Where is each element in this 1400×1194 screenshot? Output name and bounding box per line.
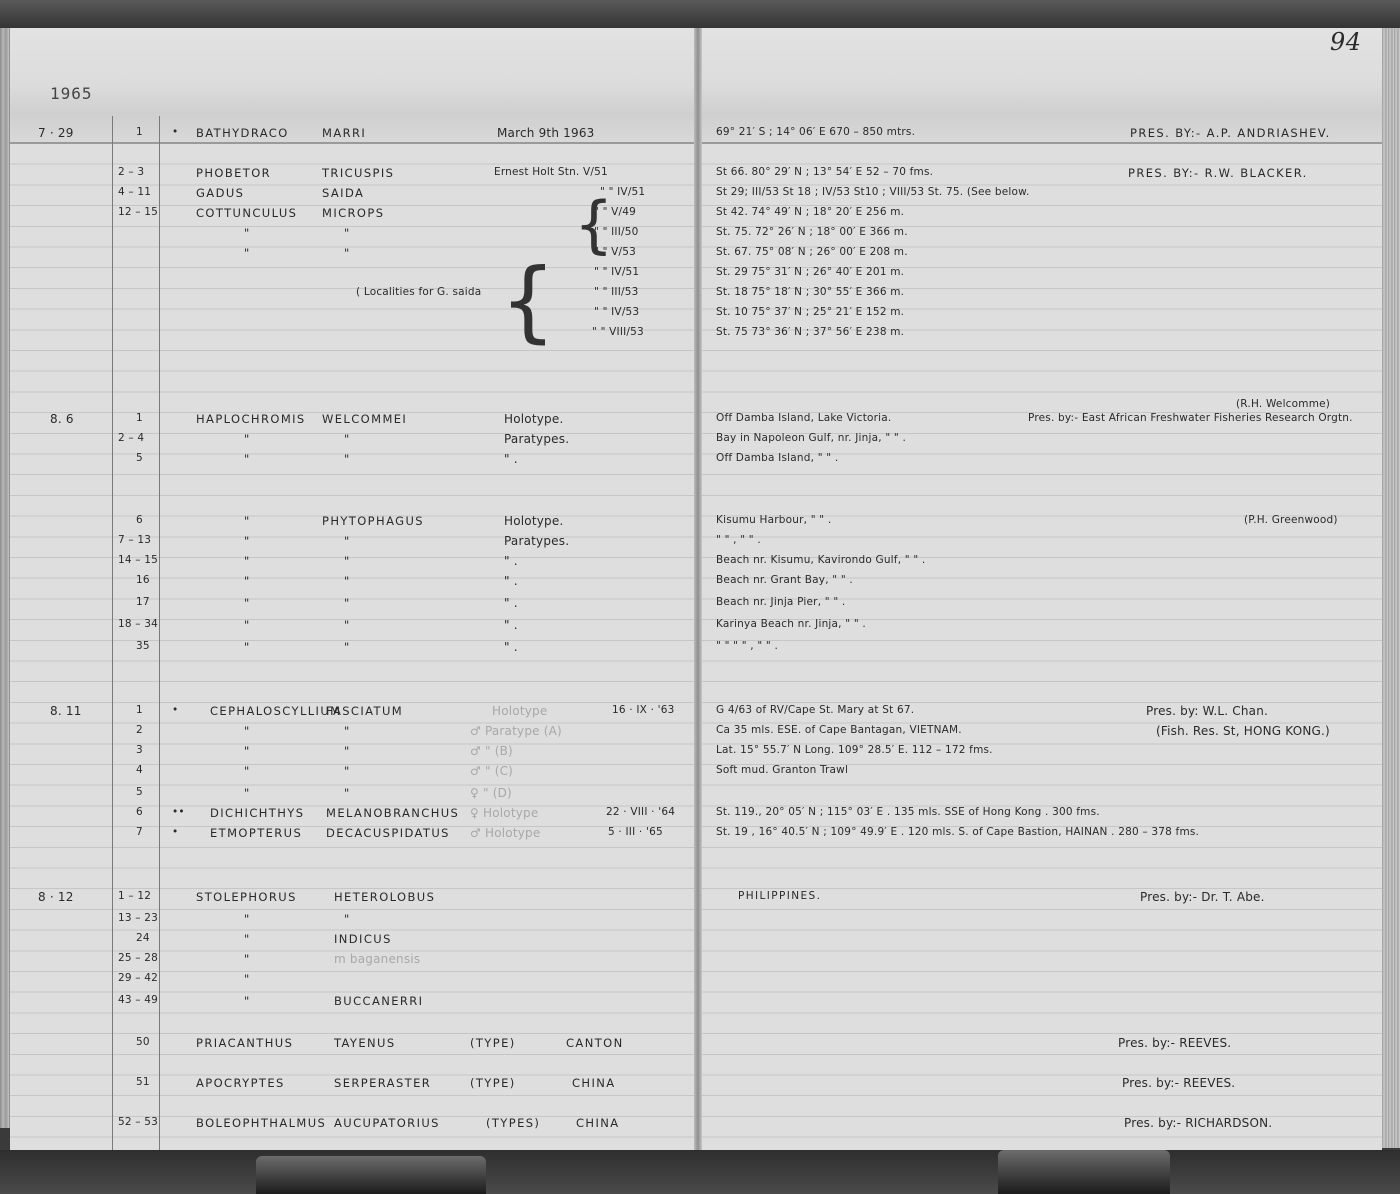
genus-name: DICHICHTHYS (210, 806, 304, 820)
locality: PHILIPPINES. (738, 890, 821, 902)
species-name: MELANOBRANCHUS (326, 806, 459, 820)
type-mark: • (172, 704, 178, 716)
page-clip-right (998, 1150, 1170, 1194)
date-or-station: " " III/53 (594, 286, 639, 298)
type-status: ♂ " (B) (470, 744, 513, 758)
locality: St 42. 74° 49′ N ; 18° 20′ E 256 m. (716, 206, 904, 218)
genus-name: " (244, 972, 251, 986)
specimen-number: 2 – 4 (118, 432, 144, 444)
genus-name: " (244, 432, 251, 446)
species-name: " (344, 764, 351, 778)
ledger-year: 1965 (50, 84, 93, 103)
locality: Ca 35 mls. ESE. of Cape Bantagan, VIETNA… (716, 724, 962, 736)
date-or-station: " " VIII/53 (592, 326, 644, 338)
genus-name: ETMOPTERUS (210, 826, 302, 840)
species-name: SERPERASTER (334, 1076, 431, 1090)
species-name: PHYTOPHAGUS (322, 514, 424, 528)
presented-by: Pres. by:- East African Freshwater Fishe… (1028, 412, 1353, 424)
species-name: MICROPS (322, 206, 384, 220)
date-or-station: CHINA (572, 1076, 616, 1090)
species-name: m baganensis (334, 952, 420, 966)
collector: (P.H. Greenwood) (1244, 514, 1338, 526)
genus-name: " (244, 618, 251, 632)
species-name: WELCOMMEI (322, 412, 407, 426)
type-status: Holotype. (504, 514, 563, 528)
genus-name: " (244, 514, 251, 528)
locality: St. 29 75° 31′ N ; 26° 40′ E 201 m. (716, 266, 904, 278)
genus-name: GADUS (196, 186, 244, 200)
type-status: ♀ Holotype (470, 806, 538, 820)
specimen-number: 51 (136, 1076, 150, 1088)
species-name: " (344, 912, 351, 926)
type-mark: • (172, 826, 178, 838)
genus-name: " (244, 640, 251, 654)
specimen-number: 4 – 11 (118, 186, 151, 198)
genus-name: APOCRYPTES (196, 1076, 285, 1090)
species-name: " (344, 724, 351, 738)
brace-gadus-localities: { (500, 257, 557, 345)
genus-name: " (244, 596, 251, 610)
collector: (Fish. Res. St, HONG KONG.) (1156, 724, 1330, 738)
date-or-station: " " III/50 (594, 226, 639, 238)
column-rule-reg (112, 116, 113, 1154)
locality: St. 10 75° 37′ N ; 25° 21′ E 152 m. (716, 306, 904, 318)
register-date: 8. 6 (50, 412, 74, 426)
type-status: Paratypes. (504, 534, 569, 548)
type-status: ♀ " (D) (470, 786, 512, 800)
type-status: " . (504, 618, 518, 632)
specimen-number: 12 – 15 (118, 206, 158, 218)
specimen-number: 14 – 15 (118, 554, 158, 566)
specimen-number: 52 – 53 (118, 1116, 158, 1128)
genus-name: " (244, 724, 251, 738)
locality: St. 119., 20° 05′ N ; 115° 03′ E . 135 m… (716, 806, 1100, 818)
genus-name: BATHYDRACO (196, 126, 289, 140)
specimen-number: 17 (136, 596, 150, 608)
species-name: DECACUSPIDATUS (326, 826, 450, 840)
specimen-number: 50 (136, 1036, 150, 1048)
locality: Lat. 15° 55.7′ N Long. 109° 28.5′ E. 112… (716, 744, 993, 756)
locality: St. 75. 72° 26′ N ; 18° 00′ E 366 m. (716, 226, 908, 238)
locality: Beach nr. Grant Bay, " " . (716, 574, 853, 586)
specimen-number: 16 (136, 574, 150, 586)
specimen-number: 1 – 12 (118, 890, 151, 902)
type-status: (TYPE) (470, 1036, 516, 1050)
genus-name: HAPLOCHROMIS (196, 412, 306, 426)
genus-name: " (244, 744, 251, 758)
type-status: Holotype. (504, 412, 563, 426)
genus-name: " (244, 994, 251, 1008)
type-status: Paratypes. (504, 432, 569, 446)
locality: Off Damba Island, Lake Victoria. (716, 412, 891, 424)
genus-name: BOLEOPHTHALMUS (196, 1116, 326, 1130)
type-status: " . (504, 574, 518, 588)
date-or-station: " " IV/51 (594, 266, 639, 278)
locality: Karinya Beach nr. Jinja, " " . (716, 618, 866, 630)
presented-by: Pres. by:- RICHARDSON. (1124, 1116, 1272, 1130)
genus-name: " (244, 534, 251, 548)
species-name: BUCCANERRI (334, 994, 423, 1008)
presented-by: Pres. by: W.L. Chan. (1146, 704, 1268, 718)
type-status: " . (504, 452, 518, 466)
specimen-number: 1 (136, 704, 143, 716)
genus-name: " (244, 764, 251, 778)
register-date: 8. 11 (50, 704, 82, 718)
presented-by: Pres. by:- Dr. T. Abe. (1140, 890, 1265, 904)
register-date: 7 · 29 (38, 126, 74, 140)
locality: 69° 21′ S ; 14° 06′ E 670 – 850 mtrs. (716, 126, 915, 138)
species-name: FASCIATUM (326, 704, 403, 718)
locality: Soft mud. Granton Trawl (716, 764, 848, 776)
species-name: MARRI (322, 126, 366, 140)
collector: (R.H. Welcomme) (1236, 398, 1330, 410)
specimen-number: 5 (136, 786, 143, 798)
locality: Bay in Napoleon Gulf, nr. Jinja, " " . (716, 432, 906, 444)
species-name: AUCUPATORIUS (334, 1116, 440, 1130)
specimen-number: 18 – 34 (118, 618, 158, 630)
date-or-station: March 9th 1963 (497, 126, 595, 140)
genus-name: " (244, 912, 251, 926)
type-status: Holotype (492, 704, 547, 718)
species-name: " (344, 618, 351, 632)
genus-name: " (244, 952, 251, 966)
species-name: " (344, 640, 351, 654)
locality: Kisumu Harbour, " " . (716, 514, 831, 526)
specimen-number: 13 – 23 (118, 912, 158, 924)
presented-by: Pres. by:- REEVES. (1118, 1036, 1231, 1050)
genus-name: " (244, 246, 251, 260)
presented-by: PRES. BY:- R.W. BLACKER. (1128, 166, 1308, 180)
date-or-station: CANTON (566, 1036, 624, 1050)
locality: G 4/63 of RV/Cape St. Mary at St 67. (716, 704, 914, 716)
date-or-station: 16 · IX · '63 (612, 704, 675, 716)
species-name: " (344, 744, 351, 758)
genus-name: STOLEPHORUS (196, 890, 297, 904)
type-mark: •• (172, 806, 185, 818)
type-status: (TYPES) (486, 1116, 540, 1130)
species-name: " (344, 452, 351, 466)
date-or-station: " " IV/51 (600, 186, 645, 198)
type-status: ♂ Holotype (470, 826, 540, 840)
type-status: " . (504, 640, 518, 654)
genus-name: " (244, 554, 251, 568)
type-status: ( Localities for G. saida (356, 286, 481, 298)
page-clip-left (256, 1156, 486, 1194)
genus-name: " (244, 226, 251, 240)
locality: St. 75 73° 36′ N ; 37° 56′ E 238 m. (716, 326, 904, 338)
specimen-number: 29 – 42 (118, 972, 158, 984)
locality: " " " " , " " . (716, 640, 778, 652)
type-status: ♂ " (C) (470, 764, 513, 778)
specimen-number: 5 (136, 452, 143, 464)
species-name: " (344, 574, 351, 588)
species-name: " (344, 596, 351, 610)
date-or-station: Ernest Holt Stn. V/51 (494, 166, 608, 178)
type-mark: • (172, 126, 178, 138)
specimen-number: 35 (136, 640, 150, 652)
locality: St 29; III/53 St 18 ; IV/53 St10 ; VIII/… (716, 186, 1030, 198)
species-name: HETEROLOBUS (334, 890, 435, 904)
locality: Off Damba Island, " " . (716, 452, 838, 464)
locality: Beach nr. Kisumu, Kavirondo Gulf, " " . (716, 554, 925, 566)
type-status: " . (504, 596, 518, 610)
genus-name: " (244, 932, 251, 946)
genus-name: " (244, 786, 251, 800)
locality: Beach nr. Jinja Pier, " " . (716, 596, 845, 608)
date-or-station: " " IV/53 (594, 306, 639, 318)
locality: St. 19 , 16° 40.5′ N ; 109° 49.9′ E . 12… (716, 826, 1199, 838)
locality: St. 18 75° 18′ N ; 30° 55′ E 366 m. (716, 286, 904, 298)
specimen-number: 2 (136, 724, 143, 736)
species-name: INDICUS (334, 932, 392, 946)
specimen-number: 1 (136, 126, 143, 138)
specimen-number: 7 – 13 (118, 534, 151, 546)
species-name: " (344, 226, 351, 240)
specimen-number: 4 (136, 764, 143, 776)
locality: St. 67. 75° 08′ N ; 26° 00′ E 208 m. (716, 246, 908, 258)
specimen-number: 43 – 49 (118, 994, 158, 1006)
date-or-station: 22 · VIII · '64 (606, 806, 675, 818)
specimen-number: 6 (136, 806, 143, 818)
column-rule-num (159, 116, 160, 1154)
specimen-number: 3 (136, 744, 143, 756)
date-or-station: " " V/53 (594, 246, 636, 258)
specimen-number: 1 (136, 412, 143, 424)
date-or-station: " " V/49 (594, 206, 636, 218)
species-name: " (344, 534, 351, 548)
page-number: 94 (1330, 28, 1362, 56)
specimen-number: 25 – 28 (118, 952, 158, 964)
presented-by: Pres. by:- REEVES. (1122, 1076, 1235, 1090)
specimen-number: 24 (136, 932, 150, 944)
genus-name: PHOBETOR (196, 166, 271, 180)
type-status: ♂ Paratype (A) (470, 724, 562, 738)
type-status: " . (504, 554, 518, 568)
genus-name: " (244, 452, 251, 466)
specimen-number: 6 (136, 514, 143, 526)
genus-name: PRIACANTHUS (196, 1036, 293, 1050)
date-or-station: 5 · III · '65 (608, 826, 663, 838)
species-name: SAIDA (322, 186, 364, 200)
species-name: " (344, 554, 351, 568)
book-gutter (694, 28, 702, 1168)
species-name: " (344, 786, 351, 800)
species-name: TRICUSPIS (322, 166, 394, 180)
genus-name: COTTUNCULUS (196, 206, 297, 220)
date-or-station: CHINA (576, 1116, 620, 1130)
book-right-page-edges (1382, 28, 1400, 1148)
species-name: TAYENUS (334, 1036, 396, 1050)
locality: St 66. 80° 29′ N ; 13° 54′ E 52 – 70 fms… (716, 166, 933, 178)
locality: " " , " " . (716, 534, 761, 546)
book-bottom-cover (0, 1150, 1400, 1194)
presented-by: PRES. BY:- A.P. ANDRIASHEV. (1130, 126, 1331, 140)
genus-name: CEPHALOSCYLLIUM (210, 704, 342, 718)
type-status: (TYPE) (470, 1076, 516, 1090)
genus-name: " (244, 574, 251, 588)
register-date: 8 · 12 (38, 890, 74, 904)
specimen-number: 7 (136, 826, 143, 838)
species-name: " (344, 246, 351, 260)
species-name: " (344, 432, 351, 446)
specimen-number: 2 – 3 (118, 166, 144, 178)
